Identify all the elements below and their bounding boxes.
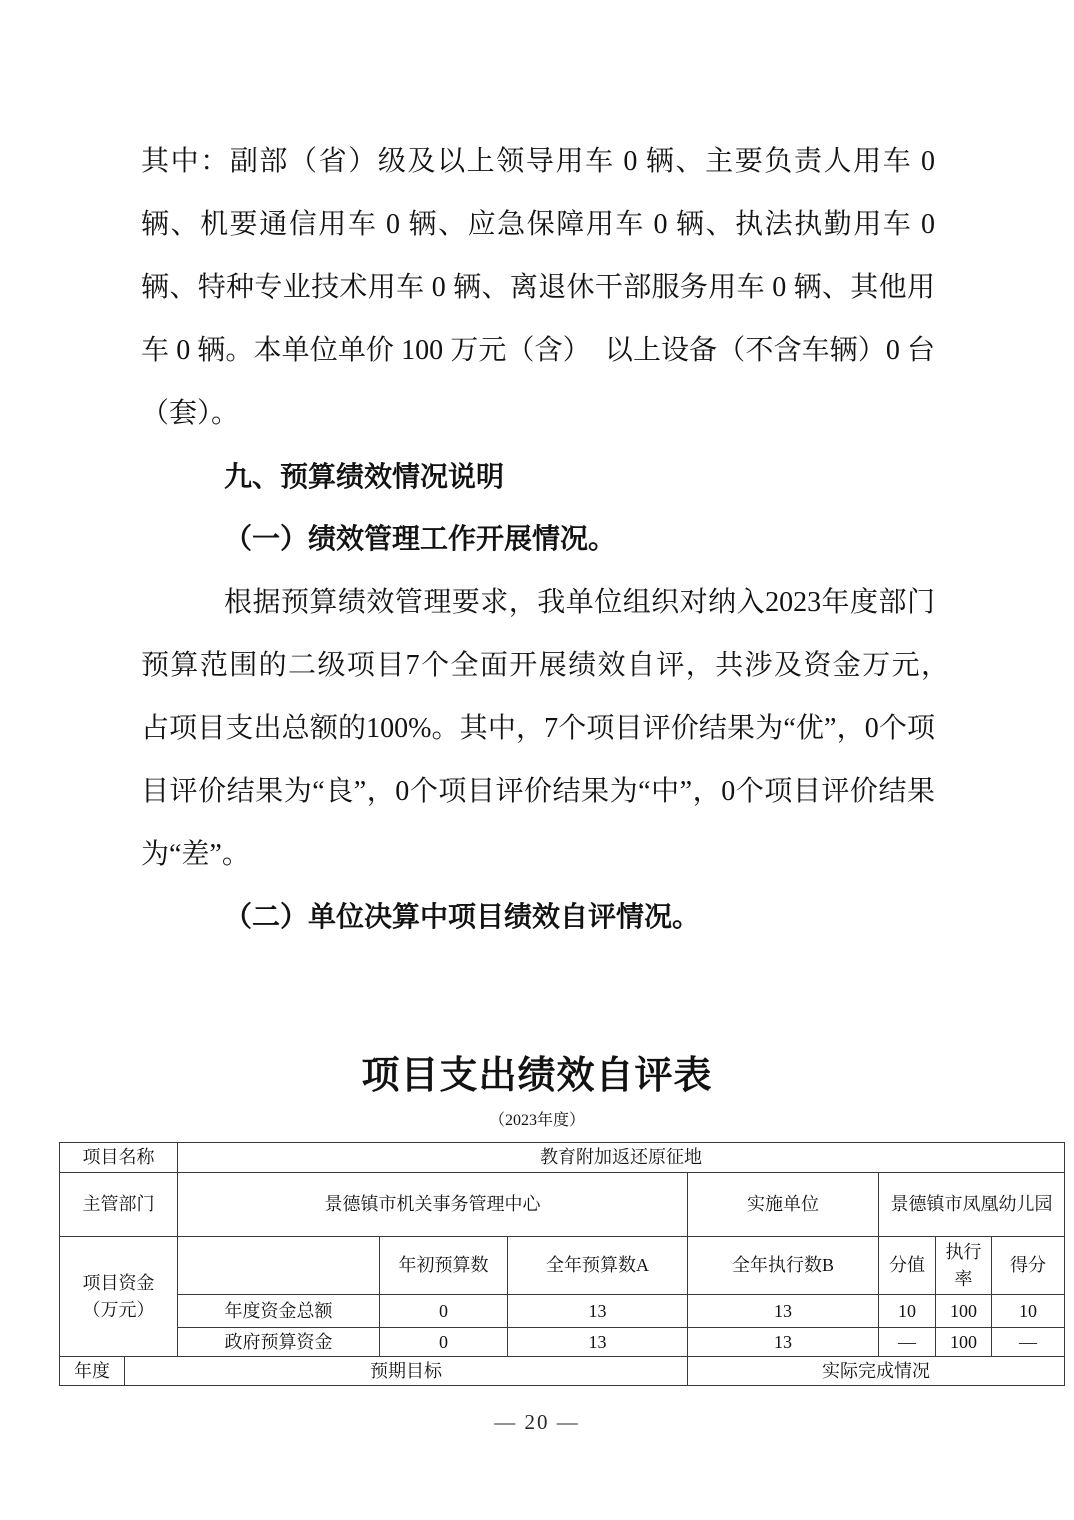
gov-budget-budget-cell: 13 — [508, 1328, 688, 1357]
gov-budget-initial-cell: 0 — [380, 1328, 508, 1357]
subsection-heading-one: （一）绩效管理工作开展情况。 — [141, 508, 935, 571]
annual-total-initial-cell: 0 — [380, 1295, 508, 1328]
col-header-year-exec: 全年执行数B — [688, 1237, 879, 1295]
annual-total-budget-cell: 13 — [508, 1295, 688, 1328]
body-text-block: 其中：副部（省）级及以上领导用车 0 辆、主要负责人用车 0 辆、机要通信用车 … — [141, 130, 935, 949]
year-label-cell: 年度 — [60, 1357, 125, 1386]
dept-value-cell: 景德镇市机关事务管理中心 — [178, 1173, 688, 1237]
col-header-score-weight: 分值 — [879, 1237, 936, 1295]
body-paragraph-vehicles: 其中：副部（省）级及以上领导用车 0 辆、主要负责人用车 0 辆、机要通信用车 … — [141, 130, 935, 445]
funds-label-cell: 项目资金 （万元） — [60, 1237, 178, 1357]
table-row: 年度资金总额 0 13 13 10 100 10 — [60, 1295, 1065, 1328]
col-header-initial-budget: 年初预算数 — [380, 1237, 508, 1295]
annual-total-label-cell: 年度资金总额 — [178, 1295, 380, 1328]
annual-total-rate-cell: 100 — [936, 1295, 992, 1328]
table-title: 项目支出绩效自评表 — [0, 1051, 1074, 1101]
table-row: 项目资金 （万元） 年初预算数 全年预算数A 全年执行数B 分值 执行率 得分 — [60, 1237, 1065, 1295]
col-header-score: 得分 — [992, 1237, 1065, 1295]
funds-label-line1: 项目资金 — [64, 1270, 173, 1296]
funds-subrow-blank-cell — [178, 1237, 380, 1295]
gov-budget-score-cell: — — [992, 1328, 1065, 1357]
gov-budget-rate-cell: 100 — [936, 1328, 992, 1357]
annual-total-score-cell: 10 — [992, 1295, 1065, 1328]
gov-budget-exec-cell: 13 — [688, 1328, 879, 1357]
table-subtitle: （2023年度） — [0, 1110, 1074, 1132]
body-paragraph-performance: 根据预算绩效管理要求，我单位组织对纳入2023年度部门预算范围的二级项目7个全面… — [141, 571, 935, 886]
annual-total-exec-cell: 13 — [688, 1295, 879, 1328]
table-row: 主管部门 景德镇市机关事务管理中心 实施单位 景德镇市凤凰幼儿园 — [60, 1173, 1065, 1237]
gov-budget-weight-cell: — — [879, 1328, 936, 1357]
project-name-label-cell: 项目名称 — [60, 1143, 178, 1173]
section-heading-nine: 九、预算绩效情况说明 — [141, 445, 935, 508]
performance-self-evaluation-table: 项目名称 教育附加返还原征地 主管部门 景德镇市机关事务管理中心 实施单位 景德… — [59, 1142, 1065, 1386]
col-header-year-budget: 全年预算数A — [508, 1237, 688, 1295]
gov-budget-label-cell: 政府预算资金 — [178, 1328, 380, 1357]
col-header-exec-rate: 执行率 — [936, 1237, 992, 1295]
subsection-heading-two: （二）单位决算中项目绩效自评情况。 — [141, 886, 935, 949]
table-row: 项目名称 教育附加返还原征地 — [60, 1143, 1065, 1173]
annual-total-weight-cell: 10 — [879, 1295, 936, 1328]
table-row: 年度 预期目标 实际完成情况 — [60, 1357, 1065, 1386]
table-row: 政府预算资金 0 13 13 — 100 — — [60, 1328, 1065, 1357]
impl-unit-value-cell: 景德镇市凤凰幼儿园 — [879, 1173, 1065, 1237]
document-page: 其中：副部（省）级及以上领导用车 0 辆、主要负责人用车 0 辆、机要通信用车 … — [0, 0, 1074, 1520]
impl-unit-label-cell: 实施单位 — [688, 1173, 879, 1237]
expected-goal-cell: 预期目标 — [125, 1357, 688, 1386]
page-number: — 20 — — [0, 1410, 1074, 1435]
funds-label-line2: （万元） — [64, 1297, 173, 1323]
dept-label-cell: 主管部门 — [60, 1173, 178, 1237]
actual-completion-cell: 实际完成情况 — [688, 1357, 1065, 1386]
project-name-value-cell: 教育附加返还原征地 — [178, 1143, 1065, 1173]
